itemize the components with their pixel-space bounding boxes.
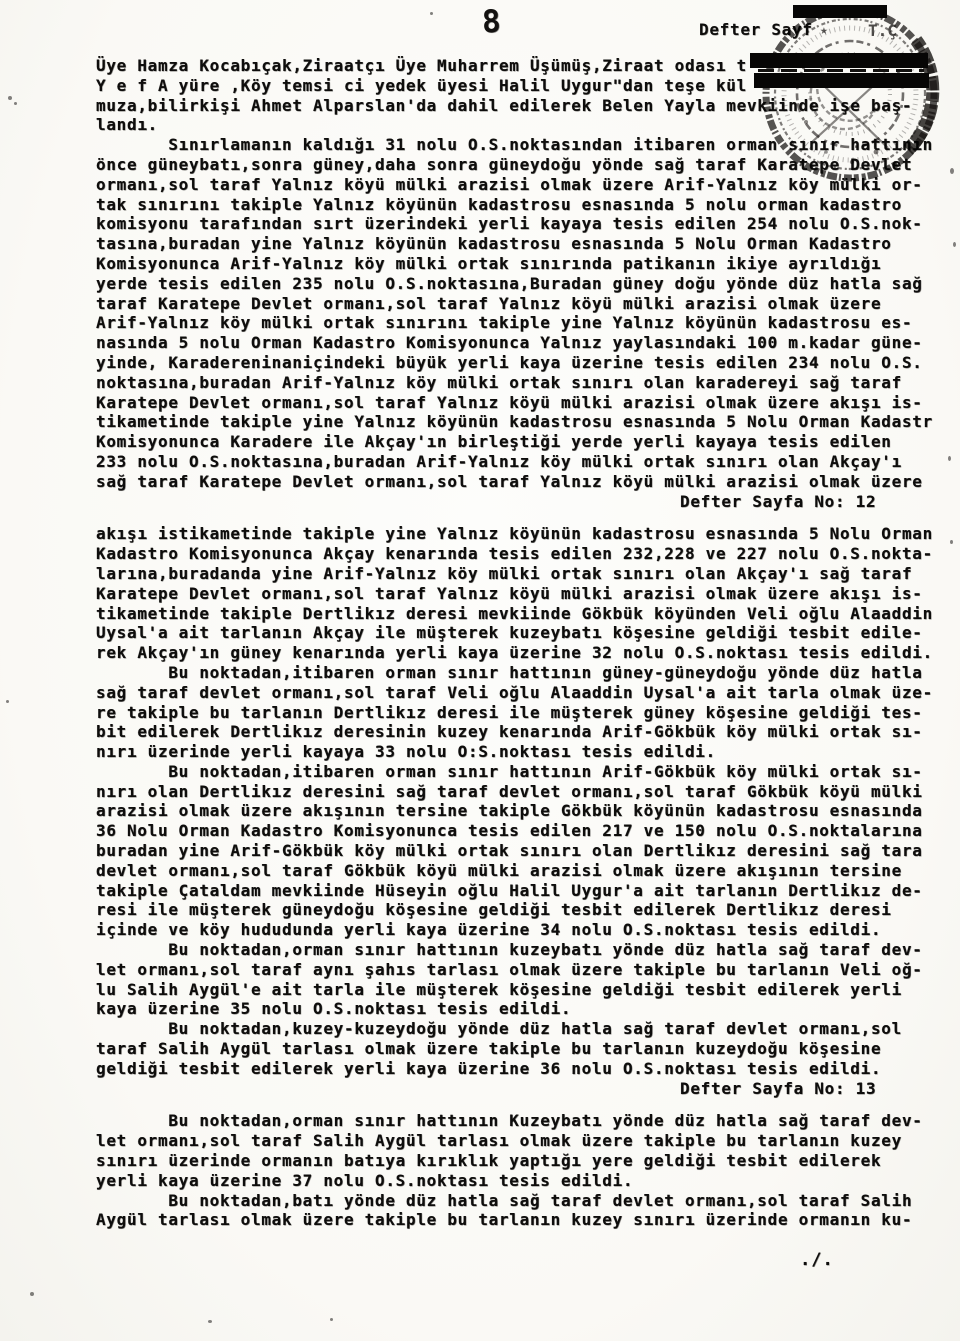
- document-line: akışı istikametinde takiple yine Yalnız …: [96, 524, 956, 544]
- document-line: kaya üzerine 35 nolu O.S.noktası tesis e…: [96, 999, 956, 1019]
- page-marker: Defter Sayfa No: 12: [96, 492, 956, 512]
- document-line: yerde tesis edilen 235 nolu O.S.noktasın…: [96, 274, 956, 294]
- document-line: 36 Nolu Orman Kadastro Komisyonunca tesi…: [96, 821, 956, 841]
- document-line: let ormanı,sol taraf aynı şahıs tarlası …: [96, 960, 956, 980]
- document-line: Bu noktadan,orman sınır hattının Kuzeyba…: [96, 1111, 956, 1131]
- document-line: nırı olan Dertlikız deresini sağ taraf d…: [96, 782, 956, 802]
- document-line: takiple Çataldam mevkiinde Hüseyin oğlu …: [96, 881, 956, 901]
- document-line: Bu noktadan,orman sınır hattının kuzeyba…: [96, 940, 956, 960]
- document-line: Komisyonunca Karadere ile Akçay'ın birle…: [96, 432, 956, 452]
- document-line: Uysal'a ait tarlanın Akçay ile müşterek …: [96, 623, 956, 643]
- document-line: nasında 5 nolu Orman Kadastro Komisyonun…: [96, 333, 956, 353]
- redaction-bar-line2: [754, 73, 929, 88]
- document-line: resi ile müşterek güneydoğu köşesine gel…: [96, 900, 956, 920]
- document-line: Karatepe Devlet ormanı,sol taraf Yalnız …: [96, 584, 956, 604]
- document-line: geldiği tesbit edilerek yerli kaya üzeri…: [96, 1059, 956, 1079]
- official-seal-stamp-icon: ★ T.Ç: [756, 2, 946, 186]
- document-line: Bu noktadan,itibaren orman sınır hattını…: [96, 663, 956, 683]
- document-line: yinde, Karadereninaniçindeki büyük yerli…: [96, 353, 956, 373]
- document-body: Üye Hamza Kocabıçak,Ziraatçı Üye Muharre…: [96, 56, 956, 1230]
- page-number: 8: [481, 4, 502, 41]
- document-line: larına,buradanda yine Arif-Yalnız köy mü…: [96, 564, 956, 584]
- document-line: tak sınırını takiple Yalnız köyünün kada…: [96, 195, 956, 215]
- document-line: yerli kaya üzerine 37 nolu O.S.noktası t…: [96, 1171, 956, 1191]
- document-line: Bu noktadan,itibaren orman sınır hattını…: [96, 762, 956, 782]
- redaction-dashed-line: [758, 69, 924, 72]
- document-line: sağ taraf devlet ormanı,sol taraf Veli o…: [96, 683, 956, 703]
- document-line: re takiple bu tarlanın Dertlikız deresi …: [96, 703, 956, 723]
- page-marker: Defter Sayfa No: 13: [96, 1079, 956, 1099]
- continuation-mark: ./.: [800, 1250, 834, 1270]
- document-line: lu Salih Aygül'e ait tarla ile müşterek …: [96, 980, 956, 1000]
- document-line: bit edilerek Dertlikız deresinin kuzey k…: [96, 722, 956, 742]
- document-line: Aygül tarlası olmak üzere takiple bu tar…: [96, 1210, 956, 1230]
- document-line: sağ taraf Karatepe Devlet ormanı,sol tar…: [96, 472, 956, 492]
- document-line: Karatepe Devlet ormanı,sol taraf Yalnız …: [96, 393, 956, 413]
- document-line: tasına,buradan yine Yalnız köyünün kadas…: [96, 234, 956, 254]
- redaction-bar-line1: [750, 53, 928, 68]
- document-line: Bu noktadan,batı yönde düz hatla sağ tar…: [96, 1191, 956, 1211]
- document-line: noktasına,buradan Arif-Yalnız köy mülki …: [96, 373, 956, 393]
- document-line: nırı üzerinde yerli kayaya 33 nolu O:S.n…: [96, 742, 956, 762]
- document-line: buradan yine Arif-Gökbük köy mülki ortak…: [96, 841, 956, 861]
- document-line: let ormanı,sol taraf Salih Aygül tarlası…: [96, 1131, 956, 1151]
- redaction-bar-header: [793, 5, 887, 18]
- document-line: Arif-Yalnız köy mülki ortak sınırını tak…: [96, 313, 956, 333]
- document-line: sınırı üzerinde ormanın batıya kırıklık …: [96, 1151, 956, 1171]
- document-line: komisyonu tarafından sırt üzerindeki yer…: [96, 214, 956, 234]
- document-line: taraf Karatepe Devlet ormanı,sol taraf Y…: [96, 294, 956, 314]
- document-line: tikametinde takiple Dertlikız deresi mev…: [96, 604, 956, 624]
- document-line: arazisi olmak üzere akışının tersine tak…: [96, 801, 956, 821]
- scanned-document-page: 8 Defter Sayf Üye Hamza Kocabıçak,Ziraat…: [0, 0, 960, 1341]
- svg-text:★: ★: [820, 23, 828, 38]
- document-line: tikametinde takiple yine Yalnız köyünün …: [96, 412, 956, 432]
- document-line: devlet ormanı,sol taraf Gökbük köyü mülk…: [96, 861, 956, 881]
- document-line: Komisyonunca Arif-Yalnız köy mülki ortak…: [96, 254, 956, 274]
- document-line: Bu noktadan,kuzey-kuzeydoğu yönde düz ha…: [96, 1019, 956, 1039]
- document-line: Kadastro Komisyonunca Akçay kenarında te…: [96, 544, 956, 564]
- document-line: rek Akçay'ın güney kenarında yerli kaya …: [96, 643, 956, 663]
- document-line: taraf Salih Aygül tarlası olmak üzere ta…: [96, 1039, 956, 1059]
- document-line: içinde ve köy hududunda yerli kaya üzeri…: [96, 920, 956, 940]
- document-line: 233 nolu O.S.noktasına,buradan Arif-Yaln…: [96, 452, 956, 472]
- seal-letters: T.Ç: [868, 21, 897, 40]
